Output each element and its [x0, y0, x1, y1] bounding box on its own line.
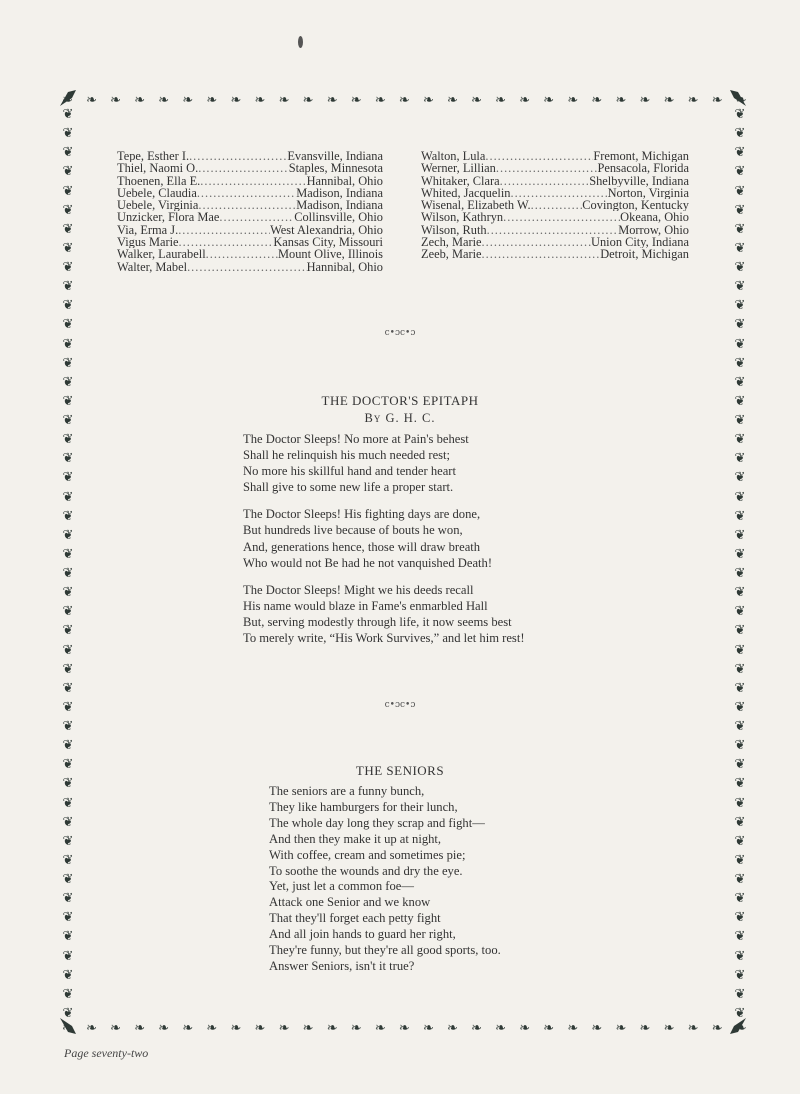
floral-ornament-icon: ❦ [735, 739, 746, 752]
leaf-corner-icon [728, 88, 748, 108]
floral-ornament-icon: ❦ [735, 127, 746, 140]
floral-ornament-icon: ❧ [495, 94, 505, 107]
seniors-title: THE SENIORS [0, 763, 800, 779]
floral-ornament-icon: ❧ [519, 94, 529, 107]
floral-ornament-icon: ❦ [63, 242, 74, 255]
floral-ornament-icon: ❧ [688, 1022, 698, 1035]
floral-ornament-icon: ❦ [735, 357, 746, 370]
floral-ornament-icon: ❦ [63, 299, 74, 312]
poem-line: The Doctor Sleeps! No more at Pain's beh… [243, 431, 525, 447]
roster-row: Uebele, VirginiaMadison, Indiana [117, 199, 383, 211]
poem-line: His name would blaze in Fame's enmarbled… [243, 598, 525, 614]
poem-line: To merely write, “His Work Survives,” an… [243, 630, 525, 646]
floral-ornament-icon: ❧ [640, 1022, 650, 1035]
floral-ornament-icon: ❦ [63, 969, 74, 982]
floral-ornament-icon: ❦ [63, 548, 74, 561]
roster-row: Walker, LaurabellMount Olive, Illinois [117, 248, 383, 260]
floral-ornament-icon: ❦ [735, 969, 746, 982]
floral-ornament-icon: ❧ [110, 94, 120, 107]
floral-ornament-icon: ❧ [567, 94, 577, 107]
poem-stanza: The Doctor Sleeps! No more at Pain's beh… [243, 431, 525, 495]
roster-row: Walton, LulaFremont, Michigan [421, 150, 689, 162]
floral-ornament-icon: ❦ [735, 280, 746, 293]
page-number-label: Page seventy-two [64, 1046, 148, 1061]
floral-ornament-icon: ❧ [399, 94, 409, 107]
floral-ornament-icon: ❦ [63, 471, 74, 484]
floral-ornament-icon: ❦ [63, 911, 74, 924]
floral-ornament-icon: ❦ [735, 548, 746, 561]
floral-ornament-icon: ❧ [447, 1022, 457, 1035]
roster-row: Werner, LillianPensacola, Florida [421, 162, 689, 174]
floral-ornament-icon: ❦ [63, 777, 74, 790]
floral-ornament-icon: ❦ [63, 452, 74, 465]
floral-ornament-icon: ❦ [735, 223, 746, 236]
floral-ornament-icon: ❦ [63, 930, 74, 943]
roster-column-left: Tepe, Esther I.Evansville, Indiana Thiel… [117, 150, 383, 273]
floral-ornament-icon: ❦ [63, 797, 74, 810]
floral-ornament-icon: ❧ [327, 1022, 337, 1035]
floral-ornament-icon: ❦ [63, 873, 74, 886]
epitaph-byline: By G. H. C. [0, 411, 800, 426]
poem-line: The whole day long they scrap and fight— [269, 816, 501, 832]
floral-ornament-icon: ❧ [375, 1022, 385, 1035]
floral-ornament-icon: ❧ [182, 1022, 192, 1035]
floral-ornament-icon: ❧ [206, 94, 216, 107]
floral-ornament-icon: ❧ [255, 94, 265, 107]
floral-ornament-icon: ❦ [735, 644, 746, 657]
poem-line: And, generations hence, those will draw … [243, 539, 525, 555]
floral-ornament-icon: ❦ [63, 835, 74, 848]
floral-ornament-icon: ❧ [615, 1022, 625, 1035]
floral-ornament-icon: ❧ [303, 94, 313, 107]
floral-ornament-icon: ❦ [735, 663, 746, 676]
floral-ornament-icon: ❧ [640, 94, 650, 107]
poem-line: And all join hands to guard her right, [269, 927, 501, 943]
ornamental-border-right: ❦❦❦❦❦❦❦❦❦❦❦❦❦❦❦❦❦❦❦❦❦❦❦❦❦❦❦❦❦❦❦❦❦❦❦❦❦❦❦❦… [728, 108, 752, 1020]
floral-ornament-icon: ❧ [712, 1022, 722, 1035]
floral-ornament-icon: ❧ [519, 1022, 529, 1035]
poem-line: Shall give to some new life a proper sta… [243, 479, 525, 495]
floral-ornament-icon: ❧ [664, 94, 674, 107]
floral-ornament-icon: ❧ [230, 1022, 240, 1035]
ornamental-border-top: ❧❧❧❧❧❧❧❧❧❧❧❧❧❧❧❧❧❧❧❧❧❧❧❧❧❧❧❧❧ [62, 90, 746, 110]
floral-ornament-icon: ❧ [471, 94, 481, 107]
poem-line: Answer Seniors, isn't it true? [269, 959, 501, 975]
floral-ornament-icon: ❦ [735, 854, 746, 867]
roster-row: Via, Erma J.West Alexandria, Ohio [117, 224, 383, 236]
floral-ornament-icon: ❦ [735, 567, 746, 580]
roster-row: Vigus MarieKansas City, Missouri [117, 236, 383, 248]
floral-ornament-icon: ❦ [735, 510, 746, 523]
leaf-corner-icon [58, 88, 78, 108]
roster-column-right: Walton, LulaFremont, Michigan Werner, Li… [421, 150, 689, 261]
poem-line: They like hamburgers for their lunch, [269, 800, 501, 816]
floral-ornament-icon: ❦ [735, 816, 746, 829]
floral-ornament-icon: ❦ [63, 357, 74, 370]
floral-ornament-icon: ❦ [735, 930, 746, 943]
section-divider-ornament: c•ɔc•ɔ [0, 700, 800, 710]
poem-stanza: The Doctor Sleeps! His fighting days are… [243, 506, 525, 570]
floral-ornament-icon: ❧ [591, 1022, 601, 1035]
floral-ornament-icon: ❦ [63, 280, 74, 293]
floral-ornament-icon: ❧ [303, 1022, 313, 1035]
floral-ornament-icon: ❦ [63, 816, 74, 829]
floral-ornament-icon: ❧ [688, 94, 698, 107]
floral-ornament-icon: ❦ [735, 586, 746, 599]
floral-ornament-icon: ❧ [712, 94, 722, 107]
floral-ornament-icon: ❦ [63, 567, 74, 580]
floral-ornament-icon: ❦ [63, 624, 74, 637]
poem-stanza: The Doctor Sleeps! Might we his deeds re… [243, 582, 525, 646]
poem-line: They're funny, but they're all good spor… [269, 943, 501, 959]
floral-ornament-icon: ❧ [567, 1022, 577, 1035]
floral-ornament-icon: ❦ [735, 299, 746, 312]
floral-ornament-icon: ❦ [735, 165, 746, 178]
floral-ornament-icon: ❦ [735, 433, 746, 446]
roster-row: Wisenal, Elizabeth W.Covington, Kentucky [421, 199, 689, 211]
poem-line: And then they make it up at night, [269, 832, 501, 848]
floral-ornament-icon: ❧ [615, 94, 625, 107]
floral-ornament-icon: ❧ [351, 94, 361, 107]
floral-ornament-icon: ❦ [63, 586, 74, 599]
floral-ornament-icon: ❦ [735, 242, 746, 255]
floral-ornament-icon: ❦ [735, 873, 746, 886]
floral-ornament-icon: ❧ [447, 94, 457, 107]
floral-ornament-icon: ❦ [735, 261, 746, 274]
floral-ornament-icon: ❦ [63, 223, 74, 236]
floral-ornament-icon: ❧ [327, 94, 337, 107]
floral-ornament-icon: ❦ [63, 529, 74, 542]
floral-ornament-icon: ❧ [230, 94, 240, 107]
roster-row: Whited, JacquelinNorton, Virginia [421, 187, 689, 199]
ink-speck [298, 36, 303, 48]
floral-ornament-icon: ❦ [63, 108, 74, 121]
floral-ornament-icon: ❧ [471, 1022, 481, 1035]
yearbook-page: ❧❧❧❧❧❧❧❧❧❧❧❧❧❧❧❧❧❧❧❧❧❧❧❧❧❧❧❧❧ ❧❧❧❧❧❧❧❧❧❧… [0, 0, 800, 1094]
floral-ornament-icon: ❧ [423, 1022, 433, 1035]
leaf-corner-icon [728, 1016, 748, 1036]
roster-row: Whitaker, ClaraShelbyville, Indiana [421, 175, 689, 187]
floral-ornament-icon: ❦ [63, 510, 74, 523]
floral-ornament-icon: ❦ [63, 127, 74, 140]
floral-ornament-icon: ❦ [735, 108, 746, 121]
floral-ornament-icon: ❦ [63, 644, 74, 657]
floral-ornament-icon: ❦ [63, 739, 74, 752]
roster-row: Thiel, Naomi O.Staples, Minnesota [117, 162, 383, 174]
epitaph-poem: The Doctor Sleeps! No more at Pain's beh… [243, 431, 525, 657]
poem-line: The Doctor Sleeps! His fighting days are… [243, 506, 525, 522]
floral-ornament-icon: ❧ [255, 1022, 265, 1035]
floral-ornament-icon: ❦ [735, 185, 746, 198]
floral-ornament-icon: ❧ [182, 94, 192, 107]
section-divider-ornament: c•ɔc•ɔ [0, 328, 800, 338]
roster-row: Wilson, RuthMorrow, Ohio [421, 224, 689, 236]
floral-ornament-icon: ❦ [735, 338, 746, 351]
floral-ornament-icon: ❦ [735, 204, 746, 217]
floral-ornament-icon: ❧ [158, 1022, 168, 1035]
floral-ornament-icon: ❦ [735, 777, 746, 790]
floral-ornament-icon: ❦ [735, 911, 746, 924]
floral-ornament-icon: ❦ [63, 165, 74, 178]
floral-ornament-icon: ❦ [63, 338, 74, 351]
floral-ornament-icon: ❧ [206, 1022, 216, 1035]
floral-ornament-icon: ❦ [735, 988, 746, 1001]
poem-line: Who would not Be had he not vanquished D… [243, 555, 525, 571]
floral-ornament-icon: ❧ [351, 1022, 361, 1035]
poem-line: But, serving modestly through life, it n… [243, 614, 525, 630]
floral-ornament-icon: ❧ [86, 1022, 96, 1035]
floral-ornament-icon: ❧ [279, 94, 289, 107]
floral-ornament-icon: ❦ [63, 204, 74, 217]
floral-ornament-icon: ❦ [63, 720, 74, 733]
roster-row: Wilson, KathrynOkeana, Ohio [421, 211, 689, 223]
floral-ornament-icon: ❧ [134, 94, 144, 107]
floral-ornament-icon: ❦ [735, 452, 746, 465]
roster-row: Zech, MarieUnion City, Indiana [421, 236, 689, 248]
floral-ornament-icon: ❦ [63, 261, 74, 274]
floral-ornament-icon: ❦ [735, 720, 746, 733]
roster-row: Tepe, Esther I.Evansville, Indiana [117, 150, 383, 162]
floral-ornament-icon: ❦ [63, 433, 74, 446]
floral-ornament-icon: ❧ [423, 94, 433, 107]
poem-line: But hundreds live because of bouts he wo… [243, 522, 525, 538]
floral-ornament-icon: ❧ [543, 1022, 553, 1035]
epitaph-title: THE DOCTOR'S EPITAPH [0, 393, 800, 409]
floral-ornament-icon: ❧ [110, 1022, 120, 1035]
floral-ornament-icon: ❦ [735, 682, 746, 695]
floral-ornament-icon: ❦ [735, 529, 746, 542]
floral-ornament-icon: ❦ [63, 146, 74, 159]
floral-ornament-icon: ❧ [158, 94, 168, 107]
poem-line: Shall he relinquish his much needed rest… [243, 447, 525, 463]
floral-ornament-icon: ❦ [63, 491, 74, 504]
floral-ornament-icon: ❧ [134, 1022, 144, 1035]
floral-ornament-icon: ❦ [63, 185, 74, 198]
ornamental-border-bottom: ❧❧❧❧❧❧❧❧❧❧❧❧❧❧❧❧❧❧❧❧❧❧❧❧❧❧❧❧❧ [62, 1018, 746, 1038]
floral-ornament-icon: ❦ [735, 376, 746, 389]
poem-line: With coffee, cream and sometimes pie; [269, 848, 501, 864]
floral-ornament-icon: ❧ [543, 94, 553, 107]
floral-ornament-icon: ❦ [735, 471, 746, 484]
poem-line: The Doctor Sleeps! Might we his deeds re… [243, 582, 525, 598]
floral-ornament-icon: ❦ [735, 146, 746, 159]
floral-ornament-icon: ❦ [735, 491, 746, 504]
floral-ornament-icon: ❦ [63, 988, 74, 1001]
floral-ornament-icon: ❧ [279, 1022, 289, 1035]
floral-ornament-icon: ❦ [63, 854, 74, 867]
poem-line: To soothe the wounds and dry the eye. [269, 864, 501, 880]
floral-ornament-icon: ❧ [495, 1022, 505, 1035]
floral-ornament-icon: ❦ [63, 376, 74, 389]
roster-row: Zeeb, MarieDetroit, Michigan [421, 248, 689, 260]
roster-row: Thoenen, Ella E.Hannibal, Ohio [117, 175, 383, 187]
floral-ornament-icon: ❦ [735, 950, 746, 963]
seniors-poem: The seniors are a funny bunch, They like… [269, 784, 501, 975]
poem-line: That they'll forget each petty fight [269, 911, 501, 927]
floral-ornament-icon: ❦ [63, 682, 74, 695]
floral-ornament-icon: ❦ [735, 605, 746, 618]
floral-ornament-icon: ❧ [375, 94, 385, 107]
floral-ornament-icon: ❧ [664, 1022, 674, 1035]
floral-ornament-icon: ❦ [63, 663, 74, 676]
floral-ornament-icon: ❦ [735, 624, 746, 637]
floral-ornament-icon: ❦ [735, 892, 746, 905]
poem-line: Attack one Senior and we know [269, 895, 501, 911]
floral-ornament-icon: ❧ [399, 1022, 409, 1035]
roster-row: Walter, MabelHannibal, Ohio [117, 261, 383, 273]
floral-ornament-icon: ❦ [63, 950, 74, 963]
floral-ornament-icon: ❦ [63, 605, 74, 618]
roster-row: Uebele, ClaudiaMadison, Indiana [117, 187, 383, 199]
floral-ornament-icon: ❦ [735, 835, 746, 848]
floral-ornament-icon: ❧ [591, 94, 601, 107]
floral-ornament-icon: ❦ [735, 797, 746, 810]
poem-line: No more his skillful hand and tender hea… [243, 463, 525, 479]
ornamental-border-left: ❦❦❦❦❦❦❦❦❦❦❦❦❦❦❦❦❦❦❦❦❦❦❦❦❦❦❦❦❦❦❦❦❦❦❦❦❦❦❦❦… [56, 108, 80, 1020]
floral-ornament-icon: ❦ [63, 892, 74, 905]
leaf-corner-icon [58, 1016, 78, 1036]
floral-ornament-icon: ❧ [86, 94, 96, 107]
poem-line: Yet, just let a common foe— [269, 879, 501, 895]
roster-row: Unzicker, Flora MaeCollinsville, Ohio [117, 211, 383, 223]
poem-line: The seniors are a funny bunch, [269, 784, 501, 800]
